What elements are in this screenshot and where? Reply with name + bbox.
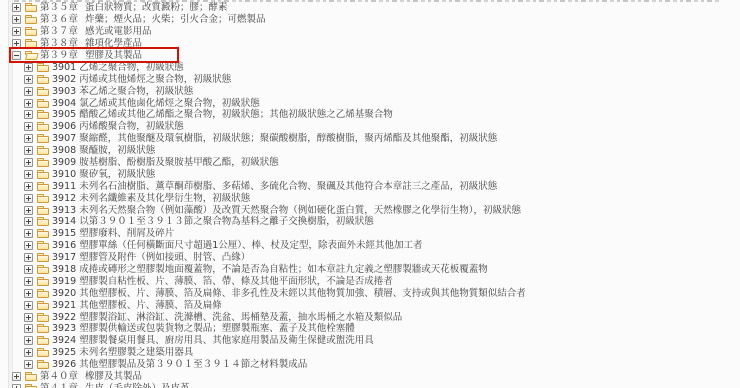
folder-icon — [37, 146, 49, 155]
tree-row-heading[interactable]: 3903 苯乙烯之聚合物，初級狀態 — [12, 85, 738, 97]
row-label[interactable]: 未列名塑膠製之建築用器具 — [79, 347, 193, 358]
folder-icon — [37, 253, 49, 262]
expand-icon[interactable] — [12, 3, 21, 12]
row-label[interactable]: 丙烯酸聚合物，初級狀態 — [79, 121, 184, 132]
tree-row-heading[interactable]: 3918 成捲或磚形之塑膠製地面覆蓋物，不論是否為自粘性；如本章註九定義之塑膠製… — [12, 264, 738, 276]
folder-icon — [25, 3, 37, 12]
expand-icon[interactable] — [24, 360, 33, 369]
expand-icon[interactable] — [12, 39, 21, 48]
folder-icon — [25, 39, 37, 48]
tree-row-heading[interactable]: 3917 塑膠管及附件（例如接頭、肘管、凸緣） — [12, 252, 738, 264]
row-label[interactable]: 橡膠及其製品 — [85, 371, 142, 382]
folder-icon — [37, 182, 49, 191]
folder-icon — [37, 348, 49, 357]
folder-icon — [37, 122, 49, 131]
folder-icon — [25, 384, 37, 388]
folder-icon — [37, 241, 49, 250]
row-number: 第３７章 — [40, 26, 78, 37]
expand-icon[interactable] — [24, 206, 33, 215]
expand-icon[interactable] — [24, 75, 33, 84]
folder-icon — [37, 87, 49, 96]
folder-icon — [37, 134, 49, 143]
expand-icon[interactable] — [24, 301, 33, 310]
row-label[interactable]: 塑膠製餐桌用餐具、廚房用具、其他家庭用製品及衛生保健或盥洗用具 — [79, 335, 374, 346]
folder-icon — [37, 75, 49, 84]
row-number: 3909 — [52, 157, 76, 168]
tree-row-heading[interactable]: 3908 聚醯胺，初級狀態 — [12, 145, 738, 157]
row-label[interactable]: 聚矽氧，初級狀態 — [79, 169, 155, 180]
tree-row-heading[interactable]: 3919 塑膠製自粘性板、片、薄膜、箔、帶、條及其他平面形狀，不論是否成捲者 — [12, 275, 738, 287]
row-number: 3910 — [52, 169, 76, 180]
row-number: 3919 — [52, 276, 76, 287]
row-label[interactable]: 以第３９０１至３９１３節之聚合物為基料之離子交換樹脂，初級狀態 — [79, 216, 374, 227]
expand-icon[interactable] — [12, 27, 21, 36]
row-label[interactable]: 苯乙烯之聚合物，初級狀態 — [79, 86, 193, 97]
folder-icon — [25, 15, 37, 24]
row-label[interactable]: 生皮（毛皮除外）及皮革 — [85, 383, 190, 388]
expand-icon[interactable] — [12, 372, 21, 381]
collapse-icon[interactable] — [12, 51, 21, 60]
row-label[interactable]: 炸藥；煙火品；火柴；引火合金；可燃製品 — [85, 14, 266, 25]
tree-row-heading[interactable]: 3901 乙烯之聚合物，初級狀態 — [12, 61, 738, 73]
row-label[interactable]: 未列名天然聚合物（例如藻酸）及改質天然聚合物（例如硬化蛋白質，天然橡膠之化學衍生… — [79, 205, 521, 216]
row-label[interactable]: 塑膠及其製品 — [85, 50, 142, 61]
expand-icon[interactable] — [24, 217, 33, 226]
row-label[interactable]: 蛋白狀物質；改質澱粉；膠；酵素 — [85, 2, 228, 13]
row-number: 3904 — [52, 98, 76, 109]
row-label[interactable]: 塑膠製供輸送或包裝貨物之製品；塑膠製瓶塞、蓋子及其他栓塞體 — [79, 323, 355, 334]
row-number: 3914 — [52, 216, 76, 227]
row-number: 3911 — [52, 181, 76, 192]
row-number: 第３８章 — [40, 38, 78, 49]
expand-icon[interactable] — [24, 87, 33, 96]
expand-icon[interactable] — [24, 313, 33, 322]
folder-icon — [37, 110, 49, 119]
row-label[interactable]: 聚縮醛，其他聚醚及環氧樹脂，初級狀態；聚碳酸樹脂，醇酸樹脂，聚丙烯酯及其他聚酯，… — [79, 133, 497, 144]
row-label[interactable]: 塑膠製浴缸、淋浴缸、洗滌槽、洗盆、馬桶墊及蓋，抽水馬桶之水箱及類似品 — [79, 312, 402, 323]
tree-row-heading[interactable]: 3914 以第３９０１至３９１３節之聚合物為基料之離子交換樹脂，初級狀態 — [12, 216, 738, 228]
folder-icon — [37, 336, 49, 345]
folder-icon — [37, 265, 49, 274]
expand-icon[interactable] — [24, 122, 33, 131]
folder-icon — [37, 229, 49, 238]
row-label[interactable]: 感光或電影用品 — [85, 26, 152, 37]
folder-icon — [37, 206, 49, 215]
row-number: 3908 — [52, 145, 76, 156]
row-number: 3921 — [52, 300, 76, 311]
expand-icon[interactable] — [24, 134, 33, 143]
expand-icon[interactable] — [24, 158, 33, 167]
row-label[interactable]: 其他塑膠板、片、薄膜、箔及扁條、非多孔性及未經以其他物質加強、積層、支持或與其他… — [79, 288, 526, 299]
row-label[interactable]: 未列名纖維素及其化學衍生物，初級狀態 — [79, 193, 250, 204]
expand-icon[interactable] — [24, 289, 33, 298]
row-number: 3918 — [52, 264, 76, 275]
folder-icon — [37, 313, 49, 322]
expand-icon[interactable] — [24, 99, 33, 108]
tree-row-heading[interactable]: 3906 丙烯酸聚合物，初級狀態 — [12, 121, 738, 133]
tree-row-heading[interactable]: 3926 其他塑膠製品及第３９０１至３９１４節之材料製成品 — [12, 359, 738, 371]
row-number: 3905 — [52, 109, 76, 120]
row-label[interactable]: 氯乙烯或其他鹵化烯烴之聚合物，初級狀態 — [79, 98, 260, 109]
row-number: 第４１章 — [40, 383, 78, 388]
row-label[interactable]: 成捲或磚形之塑膠製地面覆蓋物，不論是否為自粘性；如本章註九定義之塑膠製牆或天花板… — [79, 264, 488, 275]
tree-row-chapter[interactable]: 第４０章 橡膠及其製品 — [12, 371, 738, 383]
row-label[interactable]: 塑膠廢料、削屑及碎片 — [79, 228, 174, 239]
row-label[interactable]: 乙烯之聚合物，初級狀態 — [79, 62, 184, 73]
row-number: 3912 — [52, 193, 76, 204]
expand-icon[interactable] — [24, 265, 33, 274]
tree-row-heading[interactable]: 3904 氯乙烯或其他鹵化烯烴之聚合物，初級狀態 — [12, 97, 738, 109]
tree-row-chapter[interactable]: 第３５章 蛋白狀物質；改質澱粉；膠；酵素 — [12, 2, 738, 14]
row-number: 3926 — [52, 359, 76, 370]
tree-row-heading[interactable]: 3923 塑膠製供輸送或包裝貨物之製品；塑膠製瓶塞、蓋子及其他栓塞體 — [12, 323, 738, 335]
expand-icon[interactable] — [12, 15, 21, 24]
expand-icon[interactable] — [24, 241, 33, 250]
folder-icon — [37, 324, 49, 333]
expand-icon[interactable] — [24, 229, 33, 238]
row-number: 3915 — [52, 228, 76, 239]
tree-row-heading[interactable]: 3909 胺基樹脂、酚樹脂及聚胺基甲酸乙酯，初級狀態 — [12, 157, 738, 169]
row-number: 第３６章 — [40, 14, 78, 25]
tree-row-heading[interactable]: 3905 醋酸乙烯或其他乙烯酯之聚合物，初級狀態；其他初級狀態之乙烯基聚合物 — [12, 109, 738, 121]
tree-row-chapter[interactable]: 第４１章 生皮（毛皮除外）及皮革 — [12, 383, 738, 388]
tree-row-chapter[interactable]: 第３７章 感光或電影用品 — [12, 26, 738, 38]
row-number: 3922 — [52, 312, 76, 323]
tree-row-heading[interactable]: 3920 其他塑膠板、片、薄膜、箔及扁條、非多孔性及未經以其他物質加強、積層、支… — [12, 287, 738, 299]
row-label[interactable]: 塑膠製自粘性板、片、薄膜、箔、帶、條及其他平面形狀，不論是否成捲者 — [79, 276, 393, 287]
tree-row-heading[interactable]: 3915 塑膠廢料、削屑及碎片 — [12, 228, 738, 240]
expand-icon[interactable] — [24, 336, 33, 345]
expand-icon[interactable] — [12, 384, 21, 388]
folder-open-icon — [25, 51, 37, 60]
row-number: 3917 — [52, 252, 76, 263]
expand-icon[interactable] — [24, 63, 33, 72]
expand-icon[interactable] — [24, 182, 33, 191]
tree-row-heading[interactable]: 3911 未列名石油樹脂、薰草酮茚樹脂、多萜烯、多硫化合物、聚碸及其他符合本章註… — [12, 180, 738, 192]
row-number: 3916 — [52, 240, 76, 251]
folder-icon — [37, 277, 49, 286]
tree-row-heading[interactable]: 3916 塑膠單絲（任何橫斷面尺寸超過1公厘）、棒、杖及定型，除表面外未經其他加… — [12, 240, 738, 252]
folder-icon — [37, 63, 49, 72]
tree-row-heading[interactable]: 3925 未列名塑膠製之建築用器具 — [12, 347, 738, 359]
row-label[interactable]: 塑膠管及附件（例如接頭、肘管、凸緣） — [79, 252, 250, 263]
folder-icon — [37, 217, 49, 226]
chapter-tree: 第３５章 蛋白狀物質；改質澱粉；膠；酵素 第３６章 炸藥；煙火品；火柴；引火合金… — [12, 2, 738, 388]
row-number: 3906 — [52, 121, 76, 132]
row-number: 3902 — [52, 74, 76, 85]
tree-row-heading[interactable]: 3924 塑膠製餐桌用餐具、廚房用具、其他家庭用製品及衛生保健或盥洗用具 — [12, 335, 738, 347]
folder-icon — [25, 372, 37, 381]
row-label[interactable]: 胺基樹脂、酚樹脂及聚胺基甲酸乙酯，初級狀態 — [79, 157, 279, 168]
row-label[interactable]: 醋酸乙烯或其他乙烯酯之聚合物，初級狀態；其他初級狀態之乙烯基聚合物 — [79, 109, 393, 120]
tariff-tree-panel: 第３５章 蛋白狀物質；改質澱粉；膠；酵素 第３６章 炸藥；煙火品；火柴；引火合金… — [0, 0, 740, 388]
folder-icon — [37, 360, 49, 369]
row-number: 3901 — [52, 62, 76, 73]
folder-icon — [37, 194, 49, 203]
row-label[interactable]: 聚醯胺，初級狀態 — [79, 145, 155, 156]
row-number: 第３５章 — [40, 2, 78, 13]
tree-row-chapter[interactable]: 第３６章 炸藥；煙火品；火柴；引火合金；可燃製品 — [12, 14, 738, 26]
row-number: 3920 — [52, 288, 76, 299]
folder-icon — [37, 170, 49, 179]
folder-icon — [37, 301, 49, 310]
row-number: 3924 — [52, 335, 76, 346]
expand-icon[interactable] — [24, 348, 33, 357]
expand-icon[interactable] — [24, 253, 33, 262]
expand-icon[interactable] — [24, 110, 33, 119]
tree-row-heading[interactable]: 3921 其他塑膠板、片、薄膜、箔及扁條 — [12, 299, 738, 311]
folder-icon — [37, 158, 49, 167]
row-number: 第４０章 — [40, 371, 78, 382]
tree-row-heading[interactable]: 3907 聚縮醛，其他聚醚及環氧樹脂，初級狀態；聚碳酸樹脂，醇酸樹脂，聚丙烯酯及… — [12, 133, 738, 145]
tree-row-chapter[interactable]: 第３９章 塑膠及其製品 — [12, 50, 738, 62]
tree-row-heading[interactable]: 3913 未列名天然聚合物（例如藻酸）及改質天然聚合物（例如硬化蛋白質，天然橡膠… — [12, 204, 738, 216]
folder-icon — [25, 27, 37, 36]
expand-icon[interactable] — [24, 146, 33, 155]
row-number: 第３９章 — [40, 50, 78, 61]
tree-row-heading[interactable]: 3912 未列名纖維素及其化學衍生物，初級狀態 — [12, 192, 738, 204]
expand-icon[interactable] — [24, 324, 33, 333]
row-number: 3913 — [52, 205, 76, 216]
expand-icon[interactable] — [24, 277, 33, 286]
row-number: 3925 — [52, 347, 76, 358]
row-number: 3903 — [52, 86, 76, 97]
row-label[interactable]: 塑膠單絲（任何橫斷面尺寸超過1公厘）、棒、杖及定型，除表面外未經其他加工者 — [79, 240, 422, 251]
row-label[interactable]: 丙烯或其他烯烴之聚合物，初級狀態 — [79, 74, 231, 85]
row-number: 3923 — [52, 323, 76, 334]
row-number: 3907 — [52, 133, 76, 144]
row-label[interactable]: 其他塑膠板、片、薄膜、箔及扁條 — [79, 300, 222, 311]
row-label[interactable]: 其他塑膠製品及第３９０１至３９１４節之材料製成品 — [79, 359, 307, 370]
folder-icon — [37, 99, 49, 108]
row-label[interactable]: 未列名石油樹脂、薰草酮茚樹脂、多萜烯、多硫化合物、聚碸及其他符合本章註三之產品，… — [79, 181, 497, 192]
row-label[interactable]: 雜項化學產品 — [85, 38, 142, 49]
tree-row-heading[interactable]: 3902 丙烯或其他烯烴之聚合物，初級狀態 — [12, 73, 738, 85]
expand-icon[interactable] — [24, 170, 33, 179]
tree-row-heading[interactable]: 3910 聚矽氧，初級狀態 — [12, 168, 738, 180]
expand-icon[interactable] — [24, 194, 33, 203]
tree-row-heading[interactable]: 3922 塑膠製浴缸、淋浴缸、洗滌槽、洗盆、馬桶墊及蓋，抽水馬桶之水箱及類似品 — [12, 311, 738, 323]
tree-row-chapter[interactable]: 第３８章 雜項化學產品 — [12, 38, 738, 50]
folder-icon — [37, 289, 49, 298]
